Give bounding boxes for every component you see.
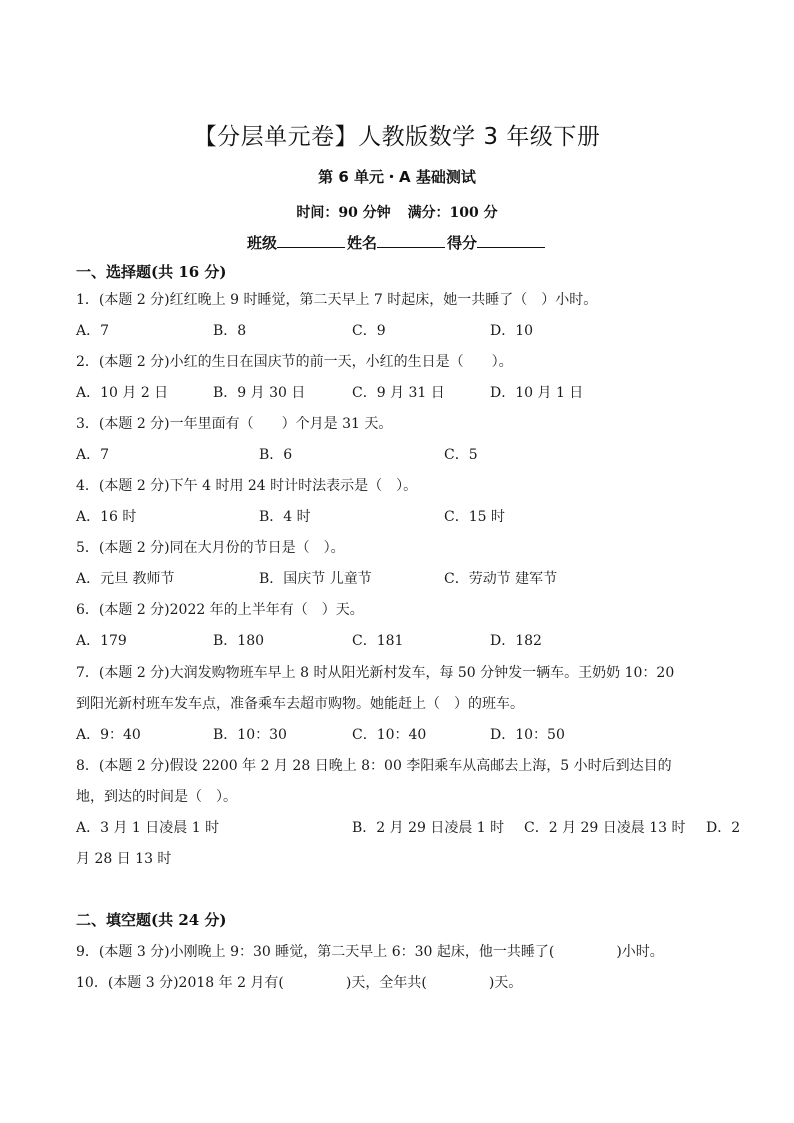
question-7-line1: 7．(本题 2 分)大润发购物班车早上 8 时从阳光新村发车，每 50 分钟发一… — [76, 662, 674, 682]
option-7b: B．10：30 — [213, 724, 287, 744]
option-8c: C．2 月 29 日凌晨 13 时 — [524, 817, 686, 837]
option-8d-part1: D．2 — [706, 817, 740, 837]
option-1a: A．7 — [76, 320, 109, 340]
page-title: 【分层单元卷】人教版数学 3 年级下册 — [0, 118, 794, 151]
question-3: 3．(本题 2 分)一年里面有（ ）个月是 31 天。 — [76, 413, 392, 433]
option-8b: B．2 月 29 日凌晨 1 时 — [352, 817, 504, 837]
question-8-line2: 地，到达的时间是（ ）。 — [76, 786, 237, 806]
question-10-text: 10．(本题 3 分)2018 年 2 月有( — [76, 975, 284, 991]
question-10: 10．(本题 3 分)2018 年 2 月有()天，全年共()天。 — [76, 972, 522, 992]
time-limit: 时间：90 分钟 — [296, 205, 390, 221]
option-4b: B．4 时 — [259, 506, 311, 526]
name-label: 姓名 — [347, 234, 377, 252]
time-score-info: 时间：90 分钟 满分：100 分 — [0, 202, 794, 222]
score-label: 得分 — [447, 234, 477, 252]
option-1c: C．9 — [352, 320, 386, 340]
option-5c: C．劳动节 建军节 — [444, 568, 557, 588]
question-4: 4．(本题 2 分)下午 4 时用 24 时计时法表示是（ ）。 — [76, 475, 417, 495]
question-8-line1: 8．(本题 2 分)假设 2200 年 2 月 28 日晚上 8：00 李阳乘车… — [76, 755, 672, 775]
option-3c: C．5 — [444, 444, 478, 464]
question-2: 2．(本题 2 分)小红的生日在国庆节的前一天，小红的生日是（ ）。 — [76, 351, 513, 371]
section-heading-2: 二、填空题(共 24 分) — [76, 909, 227, 930]
page-subtitle: 第 6 单元・A 基础测试 — [0, 166, 794, 187]
exam-page: 【分层单元卷】人教版数学 3 年级下册 第 6 单元・A 基础测试 时间：90 … — [0, 0, 794, 1123]
name-blank[interactable] — [377, 233, 445, 248]
option-6a: A．179 — [76, 630, 127, 650]
option-1d: D．10 — [490, 320, 533, 340]
class-blank[interactable] — [277, 233, 345, 248]
question-10-suffix: )天。 — [489, 975, 522, 991]
option-2d: D．10 月 1 日 — [490, 382, 583, 402]
section-heading: 一、选择题(共 16 分) — [76, 261, 227, 282]
option-1b: B．8 — [213, 320, 246, 340]
option-6c: C．181 — [352, 630, 403, 650]
option-8d-part2: 月 28 日 13 时 — [76, 848, 171, 868]
question-1: 1．(本题 2 分)红红晚上 9 时睡觉，第二天早上 7 时起床，她一共睡了（ … — [76, 289, 597, 309]
option-6d: D．182 — [490, 630, 542, 650]
option-3a: A．7 — [76, 444, 109, 464]
option-2b: B．9 月 30 日 — [213, 382, 305, 402]
option-5a: A．元旦 教师节 — [76, 568, 175, 588]
option-4c: C．15 时 — [444, 506, 505, 526]
option-7a: A．9：40 — [76, 724, 141, 744]
question-9-text: 9．(本题 3 分)小刚晚上 9：30 睡觉，第二天早上 6：30 起床，他一共… — [76, 944, 554, 960]
option-7c: C．10：40 — [352, 724, 426, 744]
score-blank[interactable] — [477, 233, 545, 248]
option-2c: C．9 月 31 日 — [352, 382, 445, 402]
question-10-mid: )天，全年共( — [346, 975, 427, 991]
class-label: 班级 — [247, 234, 277, 252]
option-2a: A．10 月 2 日 — [76, 382, 168, 402]
student-info: 班级姓名得分 — [0, 232, 794, 253]
option-8a: A．3 月 1 日凌晨 1 时 — [76, 817, 219, 837]
question-6: 6．(本题 2 分)2022 年的上半年有（ ）天。 — [76, 599, 364, 619]
full-score: 满分：100 分 — [408, 205, 498, 221]
option-5b: B．国庆节 儿童节 — [259, 568, 372, 588]
question-5: 5．(本题 2 分)同在大月份的节日是（ ）。 — [76, 537, 345, 557]
question-9-suffix: )小时。 — [616, 944, 663, 960]
question-9: 9．(本题 3 分)小刚晚上 9：30 睡觉，第二天早上 6：30 起床，他一共… — [76, 941, 664, 961]
option-4a: A．16 时 — [76, 506, 136, 526]
option-7d: D．10：50 — [490, 724, 565, 744]
option-6b: B．180 — [213, 630, 264, 650]
question-7-line2: 到阳光新村班车发车点，准备乘车去超市购物。她能赶上（ ）的班车。 — [76, 693, 524, 713]
option-3b: B．6 — [259, 444, 292, 464]
